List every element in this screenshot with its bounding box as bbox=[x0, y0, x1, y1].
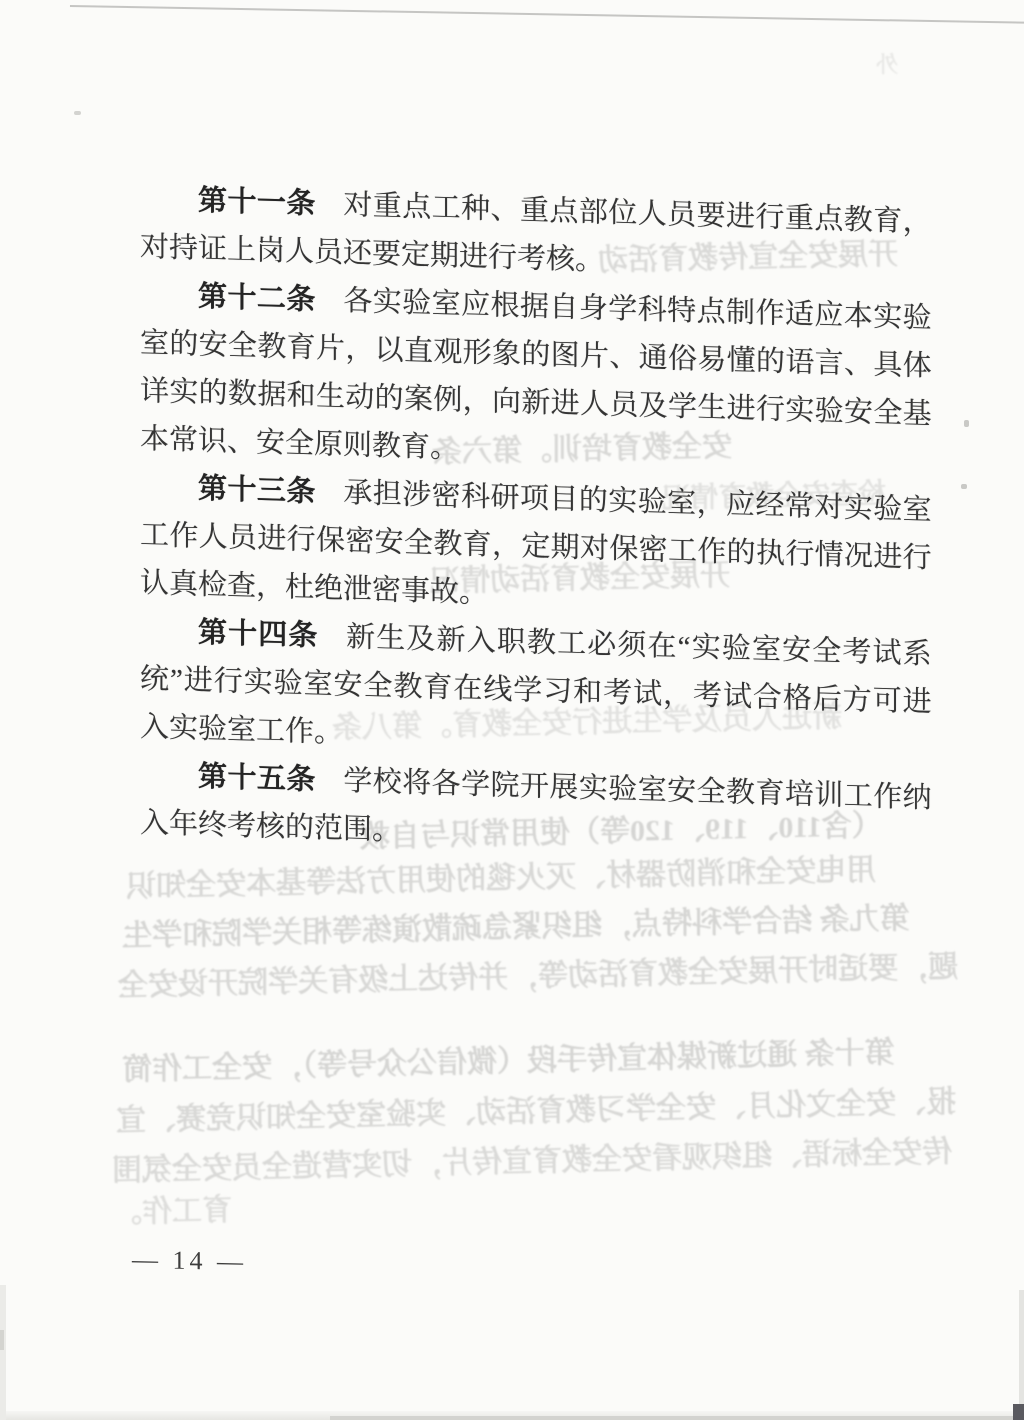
scan-bottom-streak bbox=[330, 1416, 1024, 1420]
page-number: — 14 — bbox=[132, 1245, 247, 1277]
scan-left-edge-mark bbox=[0, 1330, 4, 1350]
scan-right-edge bbox=[1019, 1290, 1024, 1415]
scanner-speck bbox=[961, 484, 967, 489]
article-number-label: 第十四条 bbox=[198, 617, 319, 653]
article-number-label: 第十三条 bbox=[198, 473, 316, 508]
scan-left-edge bbox=[0, 1285, 6, 1420]
scanner-speck bbox=[74, 111, 81, 115]
article-paragraph: 第十二条各实验室应根据自身学科特点制作适应本实验室的安全教育片，以直观形象的图片… bbox=[140, 271, 932, 486]
article-paragraph: 第十四条新生及新入职教工必须在“实验室安全考试系统”进行实验室安全教育在线学习和… bbox=[140, 607, 932, 774]
document-body: 第十一条对重点工种、重点部位人员要进行重点教育，对持证上岗人员还要定期进行考核。… bbox=[140, 175, 932, 870]
article-number-label: 第十一条 bbox=[198, 185, 316, 220]
document-page: 开展安全宣传教育活动 安全教育培训。第六条 检查安全教育情况 开展安全教育活动情… bbox=[0, 0, 1024, 1420]
bleedthrough-text-line: 外 bbox=[876, 48, 898, 79]
article-number-label: 第十五条 bbox=[198, 761, 316, 796]
scan-corner-artifact bbox=[1013, 1404, 1024, 1420]
article-paragraph: 第十三条承担涉密科研项目的实验室，应经常对实验室工作人员进行保密安全教育，定期对… bbox=[140, 463, 932, 630]
article-number-label: 第十二条 bbox=[198, 281, 316, 316]
scan-edge-line bbox=[70, 5, 1024, 24]
scanner-speck bbox=[964, 420, 969, 427]
bleedthrough-text-line: 育工作。 bbox=[112, 1185, 232, 1232]
